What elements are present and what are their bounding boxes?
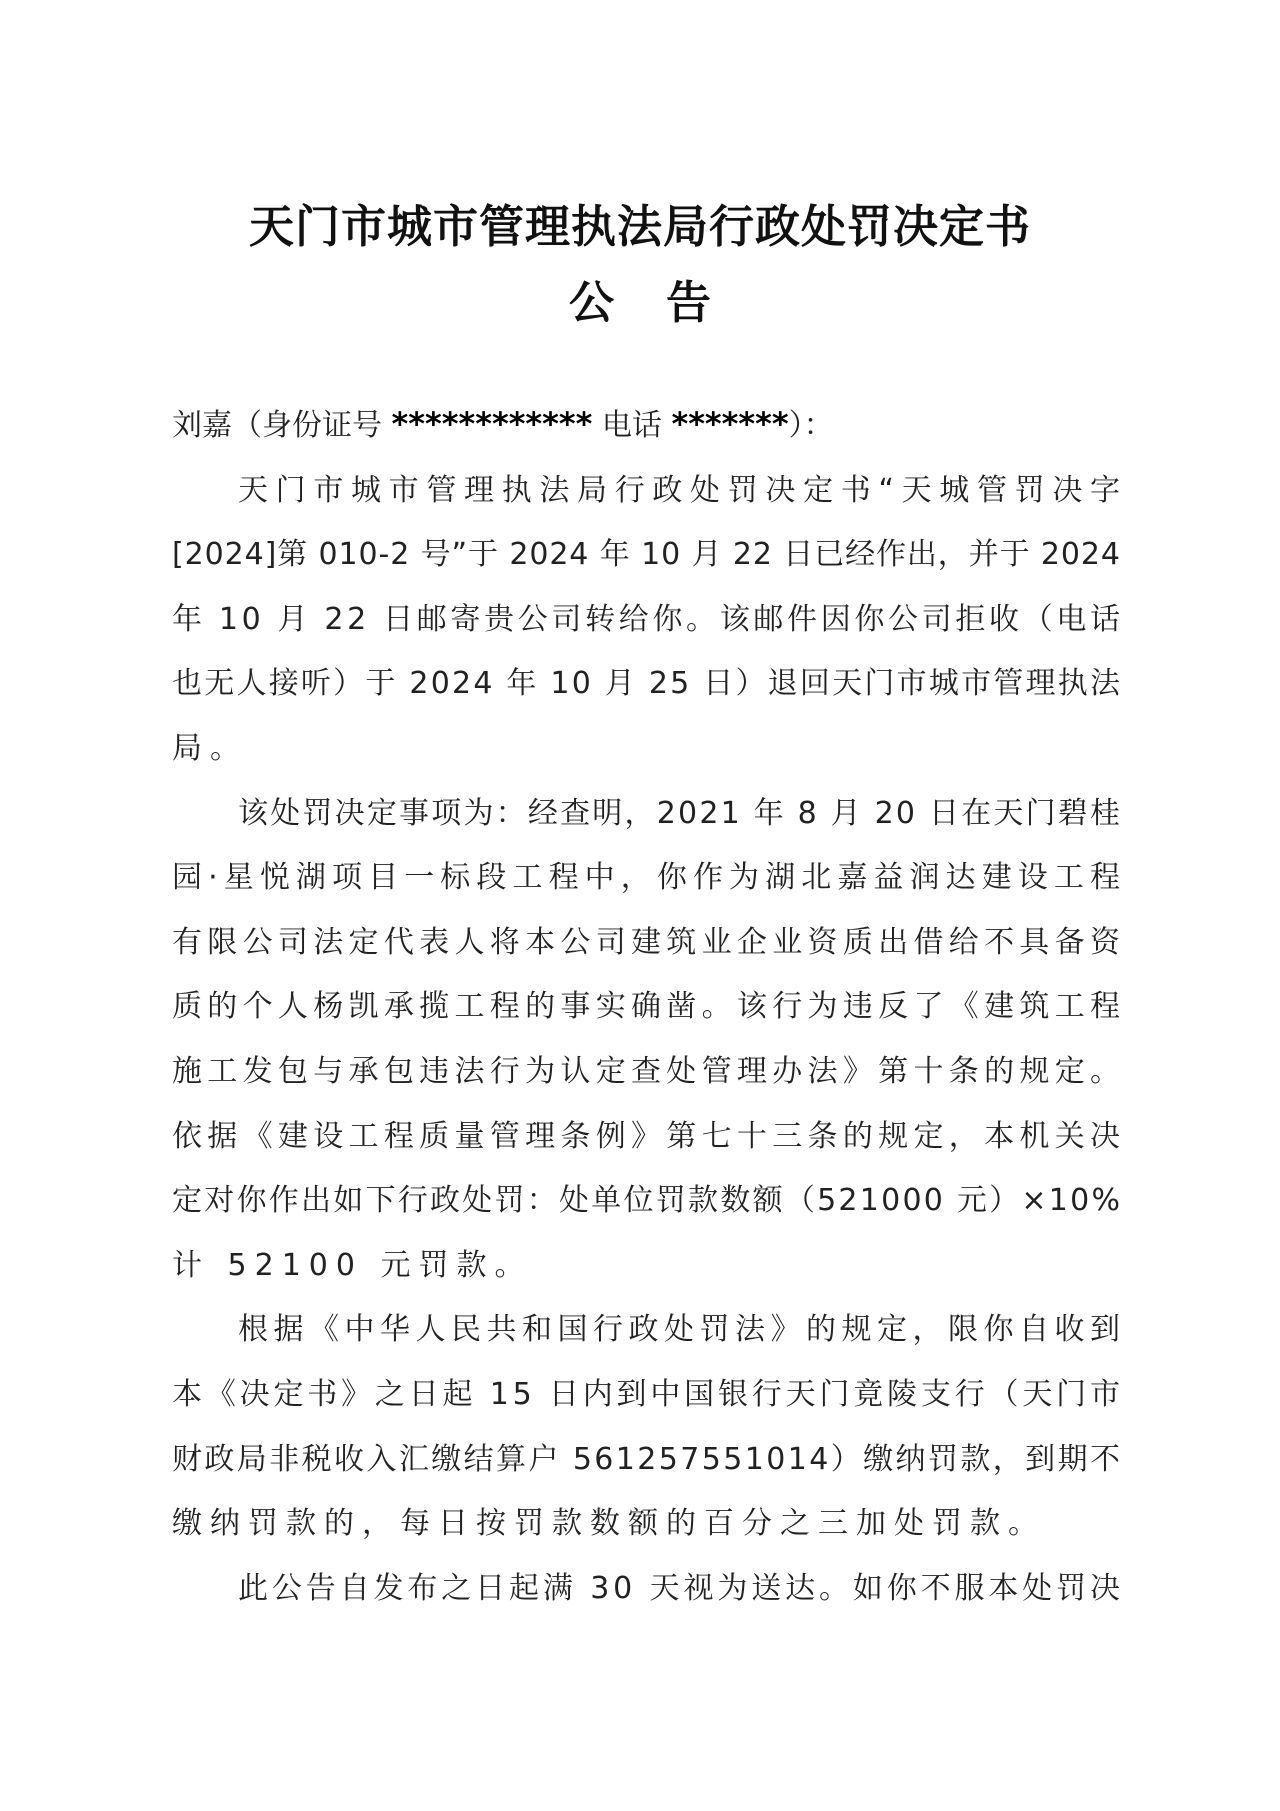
paragraph-line: 依据《建设工程质量管理条例》第七十三条的规定，本机关决 (172, 1105, 1120, 1170)
document-title: 天门市城市管理执法局行政处罚决定书 (0, 190, 1280, 255)
paragraph-line: 此公告自发布之日起满 30 天视为送达。如你不服本处罚决 (172, 1557, 1120, 1622)
paragraph-line: 定对你作出如下行政处罚：处单位罚款数额（521000 元）×10% (172, 1169, 1120, 1234)
paragraph-delivery: 天门市城市管理执法局行政处罚决定书“天城管罚决字 [2024]第 010-2 号… (172, 459, 1120, 782)
paragraph-line: 有限公司法定代表人将本公司建筑业企业资质出借给不具备资 (172, 911, 1120, 976)
paragraph-line: 局。 (172, 717, 1120, 782)
paragraph-line: 园·星悦湖项目一标段工程中，你作为湖北嘉益润达建设工程 (172, 846, 1120, 911)
paragraph-line: [2024]第 010-2 号”于 2024 年 10 月 22 日已经作出，并… (172, 523, 1120, 588)
paragraph-line: 质的个人杨凯承揽工程的事实确凿。该行为违反了《建筑工程 (172, 975, 1120, 1040)
paragraph-line: 缴纳罚款的，每日按罚款数额的百分之三加处罚款。 (172, 1492, 1120, 1557)
paragraph-service-notice: 此公告自发布之日起满 30 天视为送达。如你不服本处罚决 (172, 1557, 1120, 1622)
redacted-phone-number: ******* (671, 405, 788, 443)
salutation-closing: ）： (789, 408, 834, 443)
paragraph-payment: 根据《中华人民共和国行政处罚法》的规定，限你自收到 本《决定书》之日起 15 日… (172, 1298, 1120, 1556)
redacted-id-number: ************ (392, 405, 593, 443)
paragraph-violation: 该处罚决定事项为：经查明，2021 年 8 月 20 日在天门碧桂 园·星悦湖项… (172, 782, 1120, 1299)
paragraph-line: 财政局非税收入汇缴结算户 561257551014）缴纳罚款，到期不 (172, 1428, 1120, 1493)
paragraph-line: 施工发包与承包违法行为认定查处管理办法》第十条的规定。 (172, 1040, 1120, 1105)
id-label: （身份证号 (232, 408, 382, 443)
paragraph-line: 该处罚决定事项为：经查明，2021 年 8 月 20 日在天门碧桂 (172, 782, 1120, 847)
phone-label: 电话 (602, 408, 662, 443)
salutation: 刘嘉（身份证号 ************ 电话 *******）： (172, 392, 1120, 459)
paragraph-line: 也无人接听）于 2024 年 10 月 25 日）退回天门市城市管理执法 (172, 652, 1120, 717)
paragraph-line: 本《决定书》之日起 15 日内到中国银行天门竟陵支行（天门市 (172, 1363, 1120, 1428)
document-body: 刘嘉（身份证号 ************ 电话 *******）： 天门市城市管… (172, 392, 1120, 1621)
paragraph-line: 年 10 月 22 日邮寄贵公司转给你。该邮件因你公司拒收（电话 (172, 588, 1120, 653)
document-subtitle: 公告 (0, 266, 1280, 331)
paragraph-line: 根据《中华人民共和国行政处罚法》的规定，限你自收到 (172, 1298, 1120, 1363)
paragraph-line: 天门市城市管理执法局行政处罚决定书“天城管罚决字 (172, 459, 1120, 524)
document-page: 天门市城市管理执法局行政处罚决定书 公告 刘嘉（身份证号 ***********… (0, 0, 1280, 1811)
recipient-name: 刘嘉 (172, 408, 232, 443)
paragraph-line: 计 52100 元罚款。 (172, 1234, 1120, 1299)
